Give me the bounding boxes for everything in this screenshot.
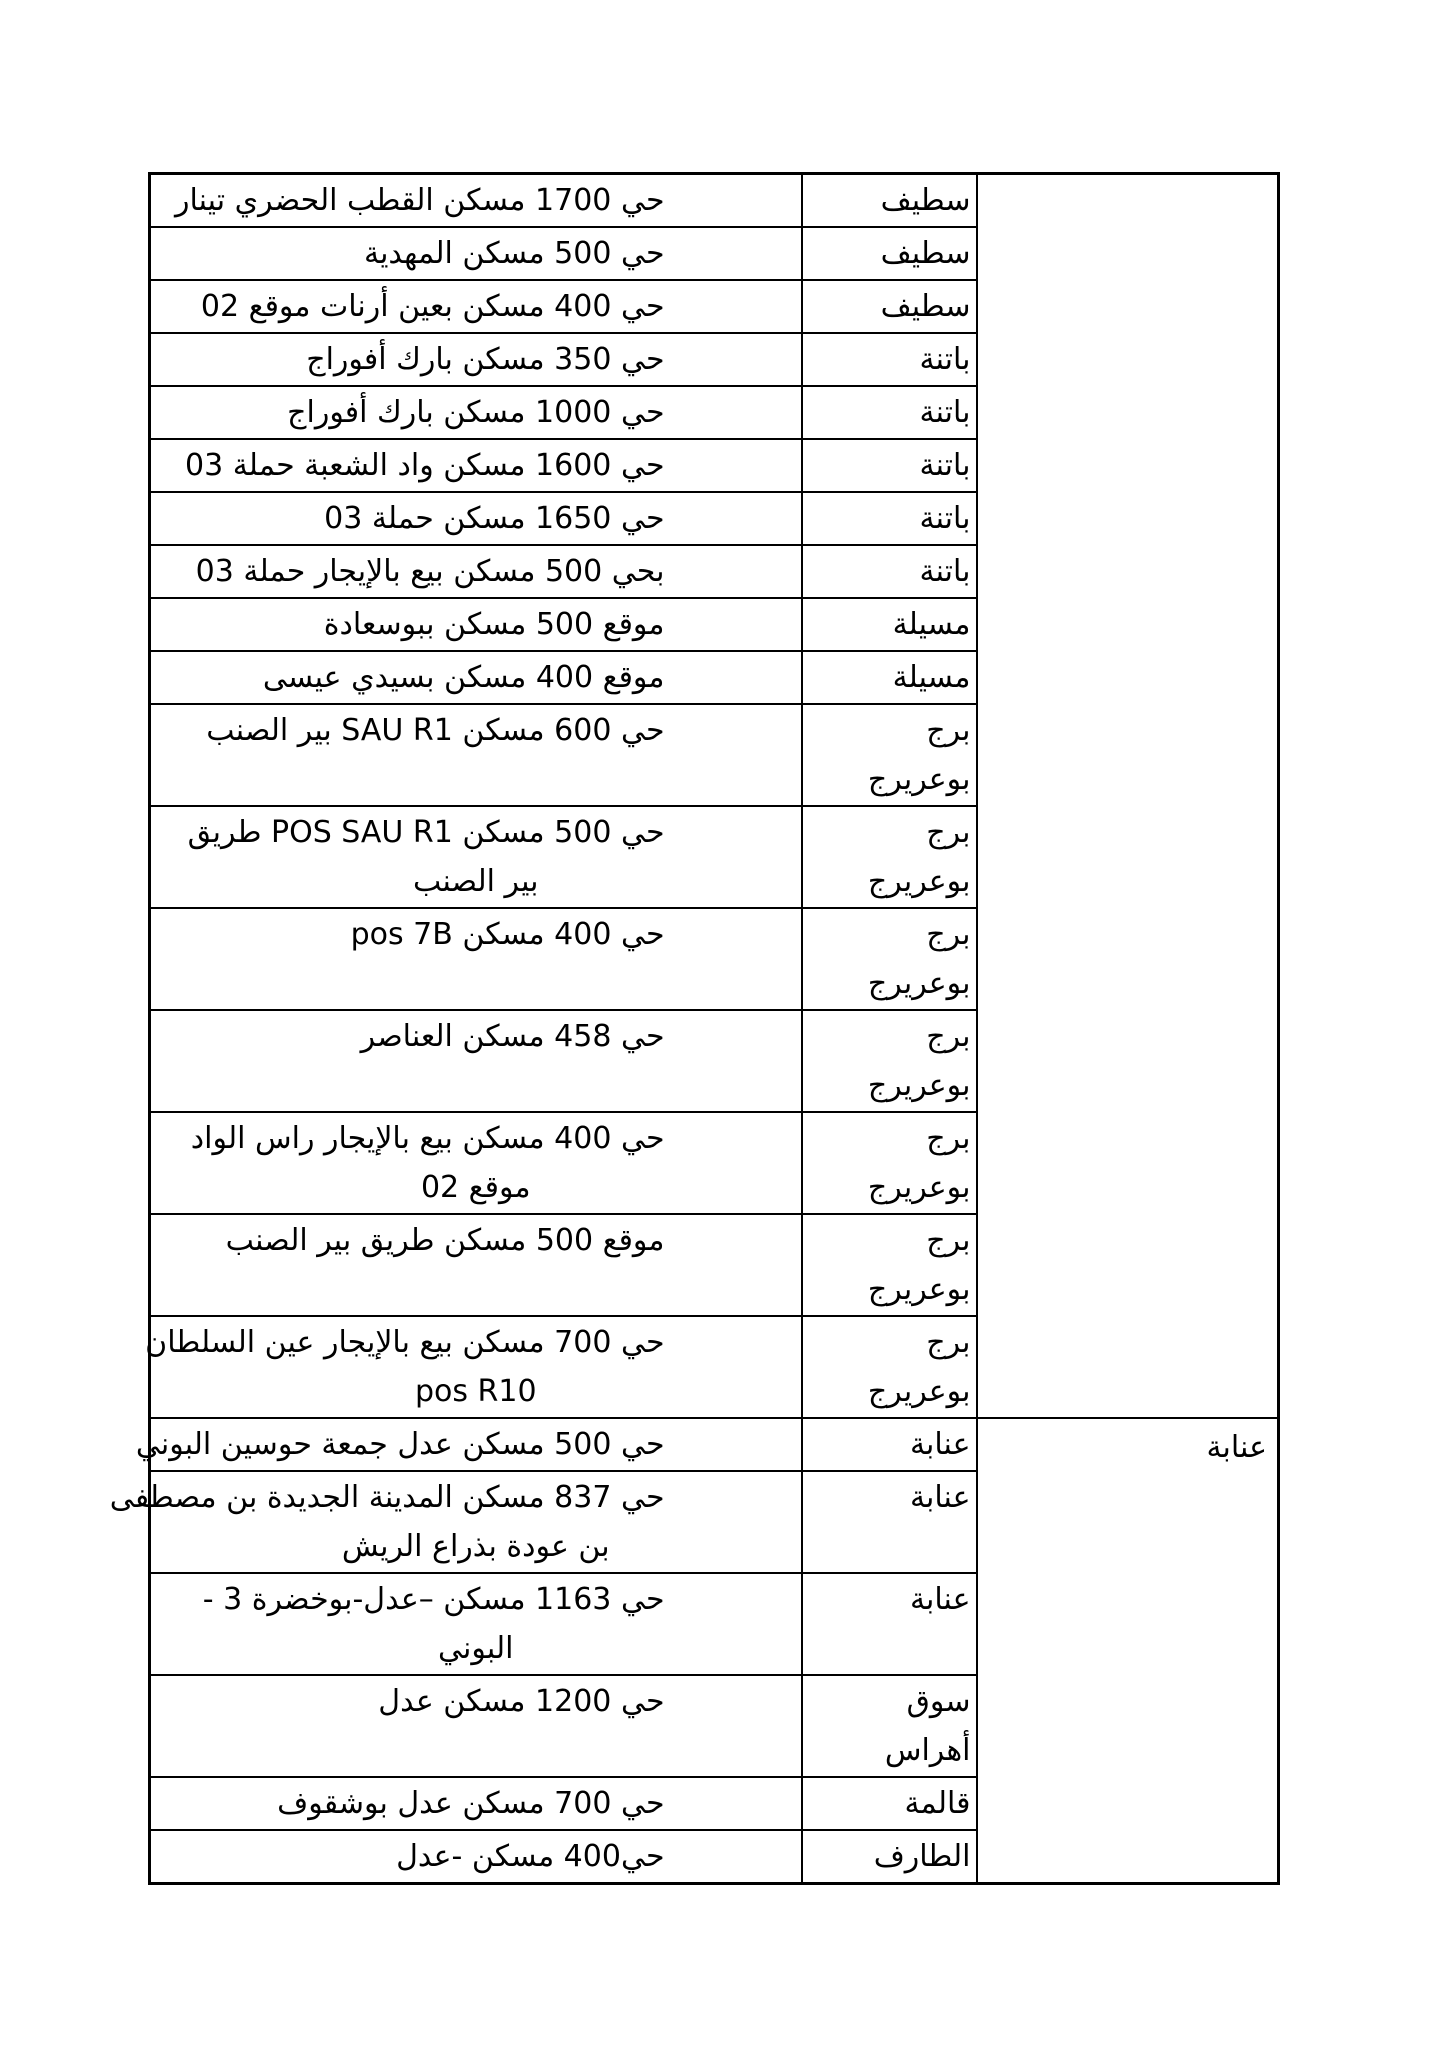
region-cell [977,174,1279,1419]
description-line: حي 500 مسكن POS SAU R1 طريق [154,808,798,857]
description-cell: حي 837 مسكن المدينة الجديدة بن مصطفىبن ع… [150,1471,802,1573]
description-line: موقع 02 [154,1163,798,1212]
description-line: حي 400 مسكن pos 7B [154,910,798,959]
description-cell: حي 1700 مسكن القطب الحضري تينار [150,174,802,228]
description-line: حي 350 مسكن بارك أفوراج [154,335,798,384]
wilaya-line: مسيلة [808,653,971,702]
wilaya-line: برج [808,1216,971,1265]
region-cell: عنابة [977,1418,1279,1884]
wilaya-line: قالمة [808,1779,971,1828]
description-line: موقع 500 مسكن طريق بير الصنب [154,1216,798,1265]
wilaya-line: بوعريرج [808,1367,971,1416]
description-line: حي400 مسكن -عدل [154,1832,798,1881]
description-line: حي 1200 مسكن عدل [154,1677,798,1726]
description-line: بير الصنب [154,857,798,906]
description-line: حي 600 مسكن SAU R1 بير الصنب [154,706,798,755]
wilaya-cell: الطارف [802,1830,977,1884]
wilaya-cell: مسيلة [802,598,977,651]
wilaya-cell: برجبوعريرج [802,1112,977,1214]
wilaya-cell: برجبوعريرج [802,908,977,1010]
wilaya-cell: سوقأهراس [802,1675,977,1777]
description-line: حي 837 مسكن المدينة الجديدة بن مصطفى [154,1473,798,1522]
description-line: حي 400 مسكن بعين أرنات موقع 02 [154,282,798,331]
wilaya-cell: برجبوعريرج [802,806,977,908]
wilaya-line: باتنة [808,494,971,543]
description-cell: موقع 400 مسكن بسيدي عيسى [150,651,802,704]
description-cell: حي 458 مسكن العناصر [150,1010,802,1112]
wilaya-cell: برجبوعريرج [802,704,977,806]
wilaya-line: الطارف [808,1832,971,1881]
description-line: موقع 500 مسكن ببوسعادة [154,600,798,649]
description-cell: حي 1000 مسكن بارك أفوراج [150,386,802,439]
description-cell: حي 500 مسكن عدل جمعة حوسين البوني [150,1418,802,1471]
wilaya-cell: عنابة [802,1573,977,1675]
wilaya-cell: قالمة [802,1777,977,1830]
wilaya-cell: سطيف [802,174,977,228]
wilaya-line: بوعريرج [808,1163,971,1212]
wilaya-line: بوعريرج [808,959,971,1008]
wilaya-line: برج [808,1012,971,1061]
description-cell: حي 1163 مسكن –عدل-بوخضرة 3 -البوني [150,1573,802,1675]
description-cell: حي 400 مسكن بعين أرنات موقع 02 [150,280,802,333]
description-cell: حي 1650 مسكن حملة 03 [150,492,802,545]
wilaya-cell: عنابة [802,1418,977,1471]
wilaya-cell: عنابة [802,1471,977,1573]
description-line: حي 1650 مسكن حملة 03 [154,494,798,543]
description-cell: موقع 500 مسكن ببوسعادة [150,598,802,651]
wilaya-line: برج [808,808,971,857]
wilaya-line: سوق [808,1677,971,1726]
description-cell: حي 500 مسكن المهدية [150,227,802,280]
wilaya-cell: برجبوعريرج [802,1010,977,1112]
description-line: بحي 500 مسكن بيع بالإيجار حملة 03 [154,547,798,596]
wilaya-line: سطيف [808,282,971,331]
description-line: حي 700 مسكن بيع بالإيجار عين السلطان [154,1318,798,1367]
wilaya-cell: برجبوعريرج [802,1214,977,1316]
wilaya-line: مسيلة [808,600,971,649]
wilaya-line: باتنة [808,547,971,596]
wilaya-line: بوعريرج [808,1061,971,1110]
description-line: حي 500 مسكن عدل جمعة حوسين البوني [154,1420,798,1469]
description-cell: حي 500 مسكن POS SAU R1 طريقبير الصنب [150,806,802,908]
description-cell: حي 400 مسكن بيع بالإيجار راس الوادموقع 0… [150,1112,802,1214]
description-cell: حي 1200 مسكن عدل [150,1675,802,1777]
wilaya-line: باتنة [808,388,971,437]
document-page: سطيفحي 1700 مسكن القطب الحضري تينارسطيفح… [0,0,1448,2048]
description-line: حي 700 مسكن عدل بوشقوف [154,1779,798,1828]
wilaya-line: بوعريرج [808,857,971,906]
wilaya-line: برج [808,706,971,755]
wilaya-cell: برجبوعريرج [802,1316,977,1418]
wilaya-line: برج [808,910,971,959]
description-cell: حي 600 مسكن SAU R1 بير الصنب [150,704,802,806]
description-cell: حي 400 مسكن pos 7B [150,908,802,1010]
description-cell: حي400 مسكن -عدل [150,1830,802,1884]
description-line: حي 1600 مسكن واد الشعبة حملة 03 [154,441,798,490]
wilaya-line: أهراس [808,1726,971,1775]
wilaya-line: عنابة [808,1473,971,1522]
wilaya-cell: باتنة [802,492,977,545]
wilaya-cell: سطيف [802,227,977,280]
description-line: حي 458 مسكن العناصر [154,1012,798,1061]
wilaya-cell: باتنة [802,439,977,492]
description-cell: بحي 500 مسكن بيع بالإيجار حملة 03 [150,545,802,598]
description-line: حي 400 مسكن بيع بالإيجار راس الواد [154,1114,798,1163]
description-cell: حي 700 مسكن عدل بوشقوف [150,1777,802,1830]
description-line: حي 500 مسكن المهدية [154,229,798,278]
wilaya-cell: سطيف [802,280,977,333]
wilaya-line: برج [808,1318,971,1367]
housing-projects-table: سطيفحي 1700 مسكن القطب الحضري تينارسطيفح… [148,172,1280,1885]
wilaya-line: سطيف [808,176,971,225]
table-row: عنابةعنابةحي 500 مسكن عدل جمعة حوسين الب… [150,1418,1279,1471]
wilaya-line: سطيف [808,229,971,278]
wilaya-cell: باتنة [802,333,977,386]
wilaya-line: باتنة [808,441,971,490]
wilaya-line: باتنة [808,335,971,384]
wilaya-cell: مسيلة [802,651,977,704]
description-line: حي 1163 مسكن –عدل-بوخضرة 3 - [154,1575,798,1624]
wilaya-line: عنابة [808,1420,971,1469]
wilaya-line: عنابة [808,1575,971,1624]
description-line: بن عودة بذراع الريش [154,1522,798,1571]
description-line: حي 1700 مسكن القطب الحضري تينار [154,176,798,225]
description-line: موقع 400 مسكن بسيدي عيسى [154,653,798,702]
wilaya-cell: باتنة [802,545,977,598]
description-cell: موقع 500 مسكن طريق بير الصنب [150,1214,802,1316]
table-body: سطيفحي 1700 مسكن القطب الحضري تينارسطيفح… [150,174,1279,1884]
description-cell: حي 700 مسكن بيع بالإيجار عين السلطانpos … [150,1316,802,1418]
wilaya-line: بوعريرج [808,755,971,804]
wilaya-cell: باتنة [802,386,977,439]
description-cell: حي 350 مسكن بارك أفوراج [150,333,802,386]
description-line: حي 1000 مسكن بارك أفوراج [154,388,798,437]
region-label: عنابة [988,1423,1268,1472]
description-cell: حي 1600 مسكن واد الشعبة حملة 03 [150,439,802,492]
wilaya-line: بوعريرج [808,1265,971,1314]
description-line: البوني [154,1624,798,1673]
description-line: pos R10 [154,1367,798,1416]
table-row: سطيفحي 1700 مسكن القطب الحضري تينار [150,174,1279,228]
wilaya-line: برج [808,1114,971,1163]
